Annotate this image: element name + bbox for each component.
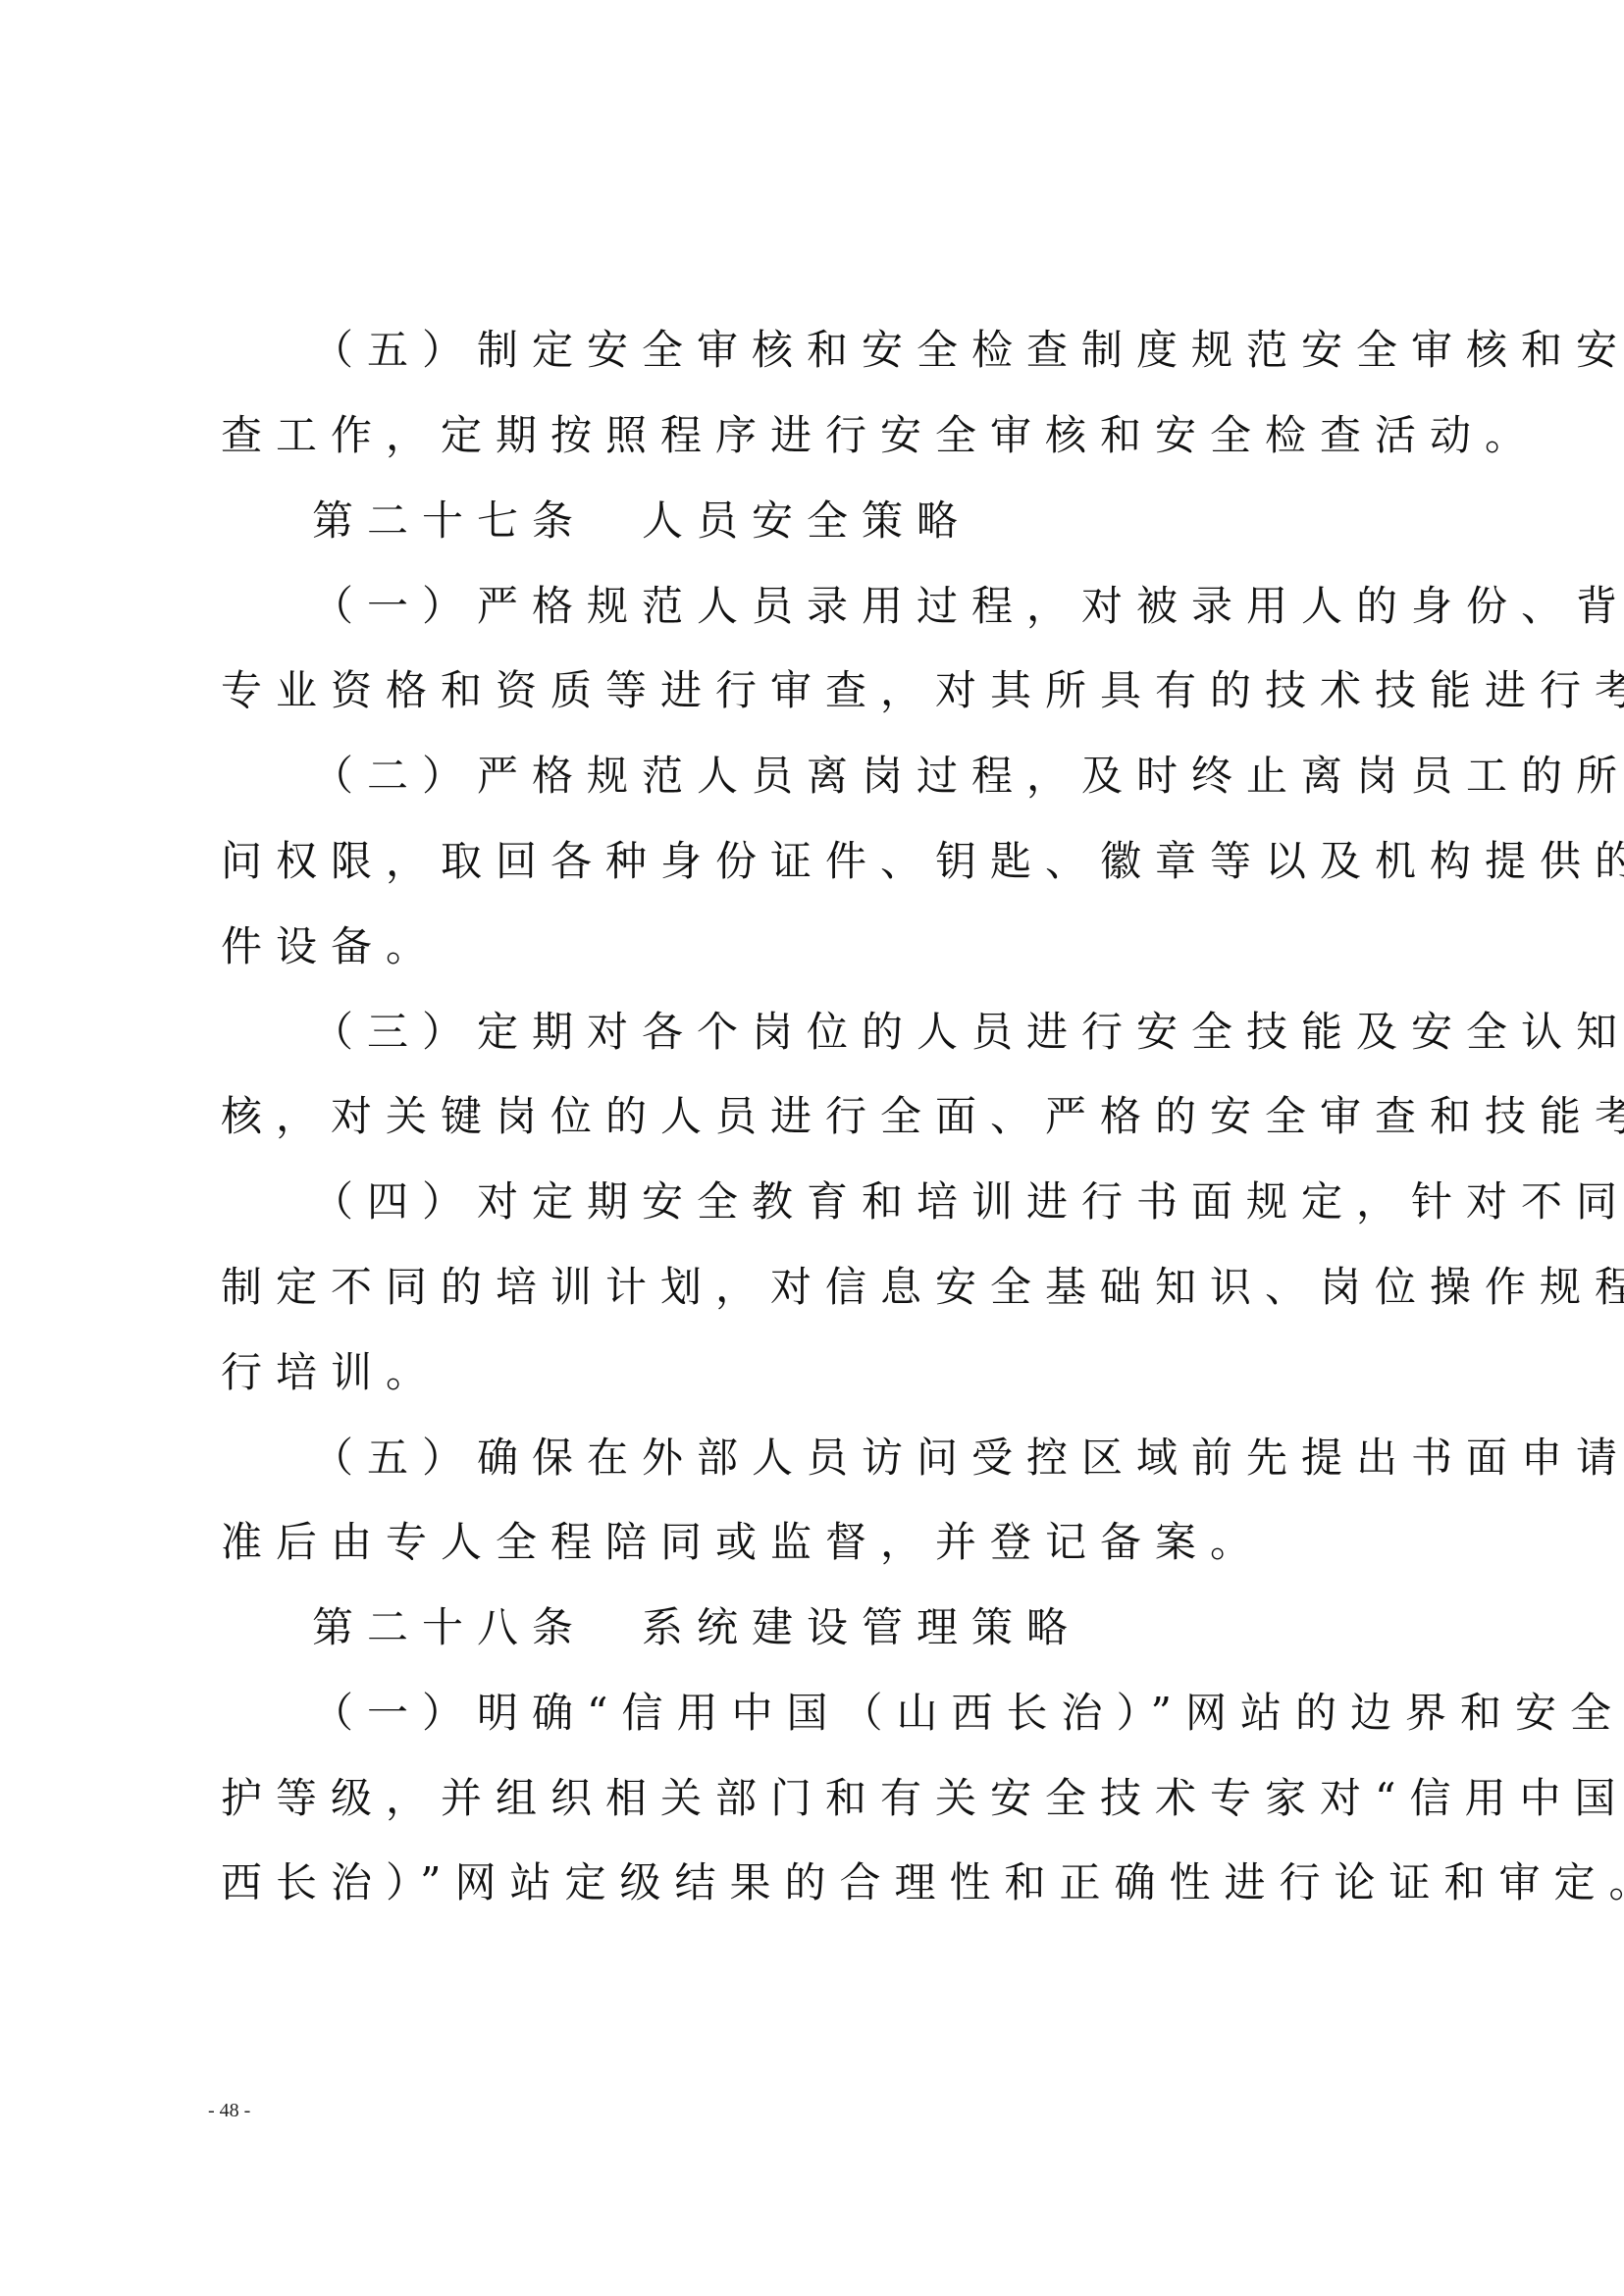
paragraph-line: 行培训。 xyxy=(221,1343,1421,1402)
section-heading: 第二十七条 人员安全策略 xyxy=(312,492,971,550)
paragraph-line: （五）确保在外部人员访问受控区域前先提出书面申请，批 xyxy=(312,1429,1421,1487)
paragraph-line: 件设备。 xyxy=(221,917,1421,976)
paragraph-line: （二）严格规范人员离岗过程，及时终止离岗员工的所有访 xyxy=(312,747,1421,806)
paragraph-line: （三）定期对各个岗位的人员进行安全技能及安全认知的考 xyxy=(312,1003,1421,1062)
paragraph-line: 准后由专人全程陪同或监督，并登记备案。 xyxy=(221,1513,1421,1572)
paragraph-line: 制定不同的培训计划，对信息安全基础知识、岗位操作规程等进 xyxy=(221,1258,1421,1317)
paragraph-line: （五）制定安全审核和安全检查制度规范安全审核和安全检 xyxy=(312,321,1421,380)
paragraph-line: 核，对关键岗位的人员进行全面、严格的安全审查和技能考核。 xyxy=(221,1087,1421,1146)
paragraph-line: 查工作，定期按照程序进行安全审核和安全检查活动。 xyxy=(221,406,1421,465)
page-number: - 48 - xyxy=(208,2100,250,2122)
paragraph-line: 西长治）”网站定级结果的合理性和正确性进行论证和审定。 xyxy=(221,1853,1421,1912)
paragraph-line: （一）明确“信用中国（山西长治）”网站的边界和安全保 xyxy=(312,1684,1421,1743)
paragraph-line: 护等级，并组织相关部门和有关安全技术专家对“信用中国（山 xyxy=(221,1769,1421,1828)
document-page: （五）制定安全审核和安全检查制度规范安全审核和安全检 查工作，定期按照程序进行安… xyxy=(0,0,1624,2296)
paragraph-line: （四）对定期安全教育和培训进行书面规定，针对不同岗位 xyxy=(312,1173,1421,1231)
paragraph-line: （一）严格规范人员录用过程，对被录用人的身份、背景、 xyxy=(312,577,1421,636)
paragraph-line: 问权限，取回各种身份证件、钥匙、徽章等以及机构提供的软硬 xyxy=(221,832,1421,891)
section-heading: 第二十八条 系统建设管理策略 xyxy=(312,1598,1081,1657)
paragraph-line: 专业资格和资质等进行审查，对其所具有的技术技能进行考核。 xyxy=(221,661,1421,720)
